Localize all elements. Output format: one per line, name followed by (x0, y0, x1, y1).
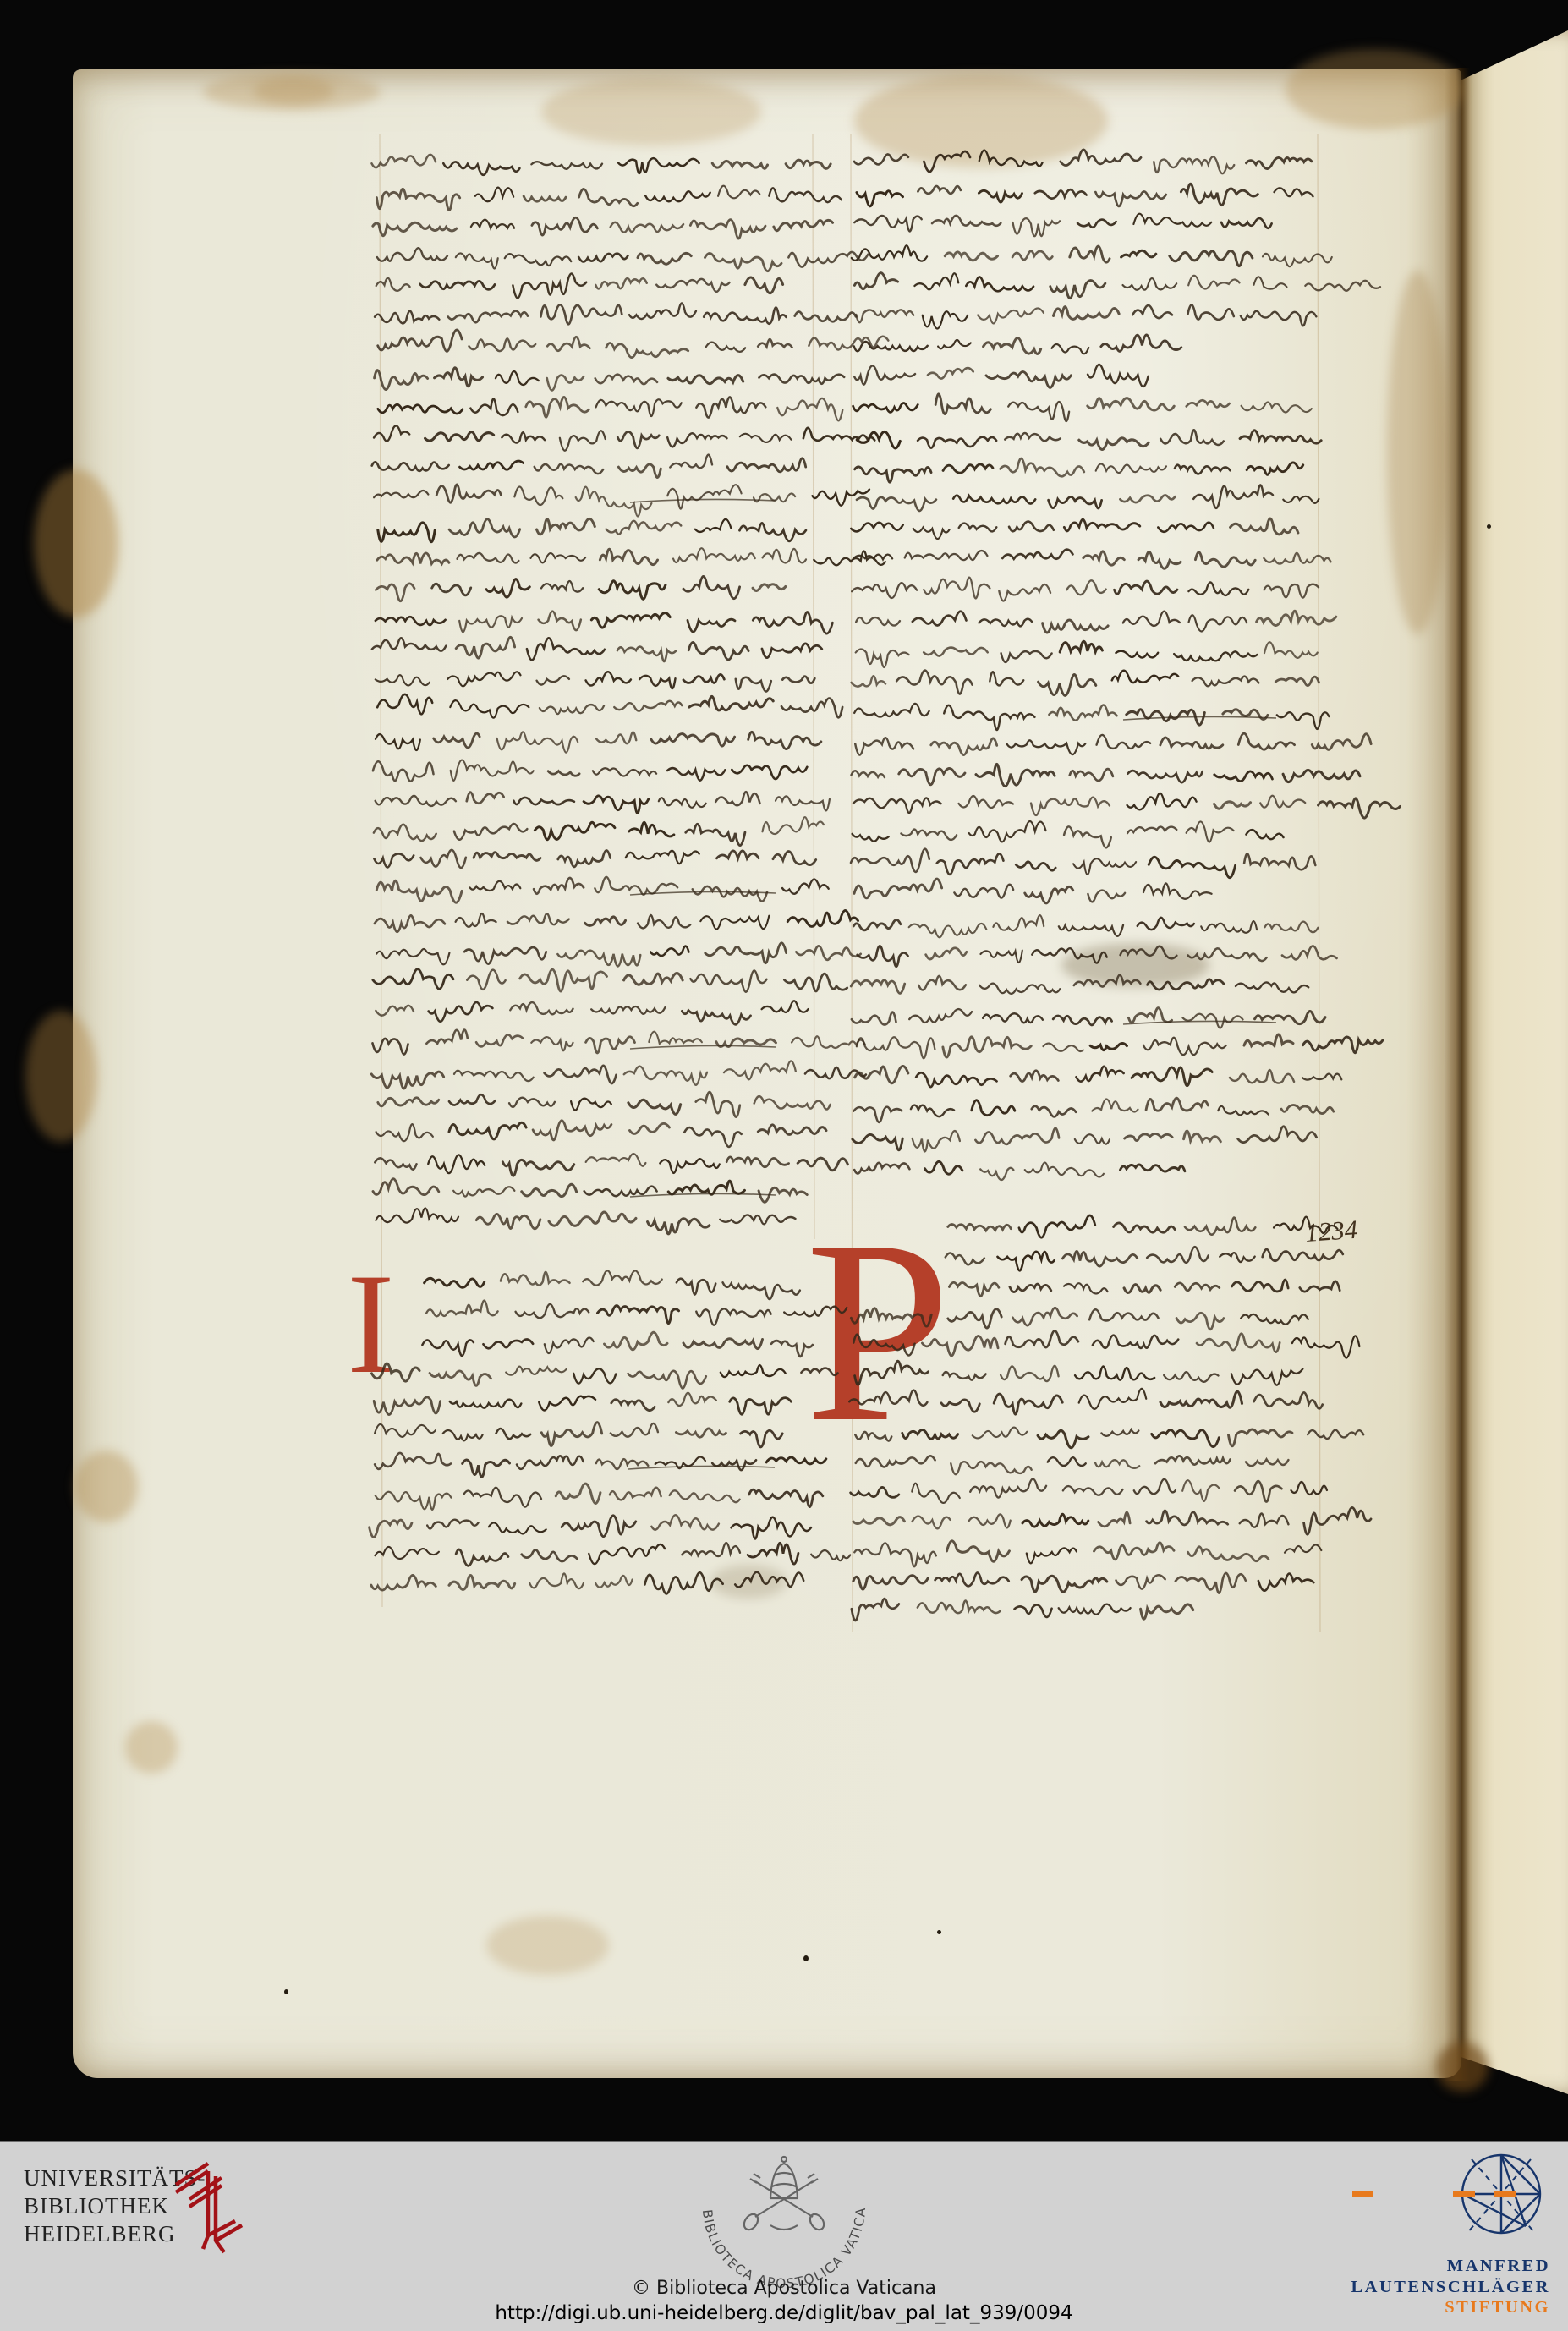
ink-speck (1487, 524, 1491, 529)
ink-smudge (710, 1565, 787, 1599)
facing-page-edge (1461, 30, 1568, 2094)
mls-line2: LAUTENSCHLÄGER (1351, 2277, 1551, 2298)
footer-bar: UNIVERSITÄTS- BIBLIOTHEK HEIDELBERG (0, 2141, 1568, 2331)
lautenschlaeger-logo-icon (1343, 2149, 1559, 2238)
stain (854, 74, 1108, 167)
manuscript-page (73, 69, 1461, 2078)
ink-speck (803, 1955, 809, 1961)
ink-speck (937, 1930, 941, 1934)
book-scan: I P 1234 UNIVERSITÄTS- BIBLIOTHEK HEIDEL… (0, 0, 1568, 2331)
stain (34, 469, 118, 617)
foundation-name: MANFRED LAUTENSCHLÄGER STIFTUNG (1351, 2256, 1551, 2318)
gutter-shadow (1445, 68, 1470, 2081)
stain (1436, 2043, 1489, 2092)
copyright-line: © Biblioteca Apostolica Vaticana (0, 2278, 1568, 2299)
vatican-library-stamp-icon: BIBLIOTECA APOSTOLICA VATICANA (689, 2144, 884, 2292)
ub-heidelberg-logo-icon (167, 2151, 252, 2265)
stain (125, 1721, 178, 1774)
ink-smudge (1061, 943, 1209, 987)
mls-line3: STIFTUNG (1351, 2297, 1551, 2318)
stain (1387, 271, 1448, 634)
ink-speck (284, 1989, 288, 1994)
stain (1286, 49, 1463, 129)
source-url: http://digi.ub.uni-heidelberg.de/diglit/… (0, 2302, 1568, 2324)
stain (254, 78, 334, 105)
mls-line1: MANFRED (1351, 2256, 1551, 2277)
stain (25, 1011, 97, 1142)
stain (541, 78, 761, 145)
stain (74, 1451, 138, 1522)
stain (486, 1916, 609, 1975)
